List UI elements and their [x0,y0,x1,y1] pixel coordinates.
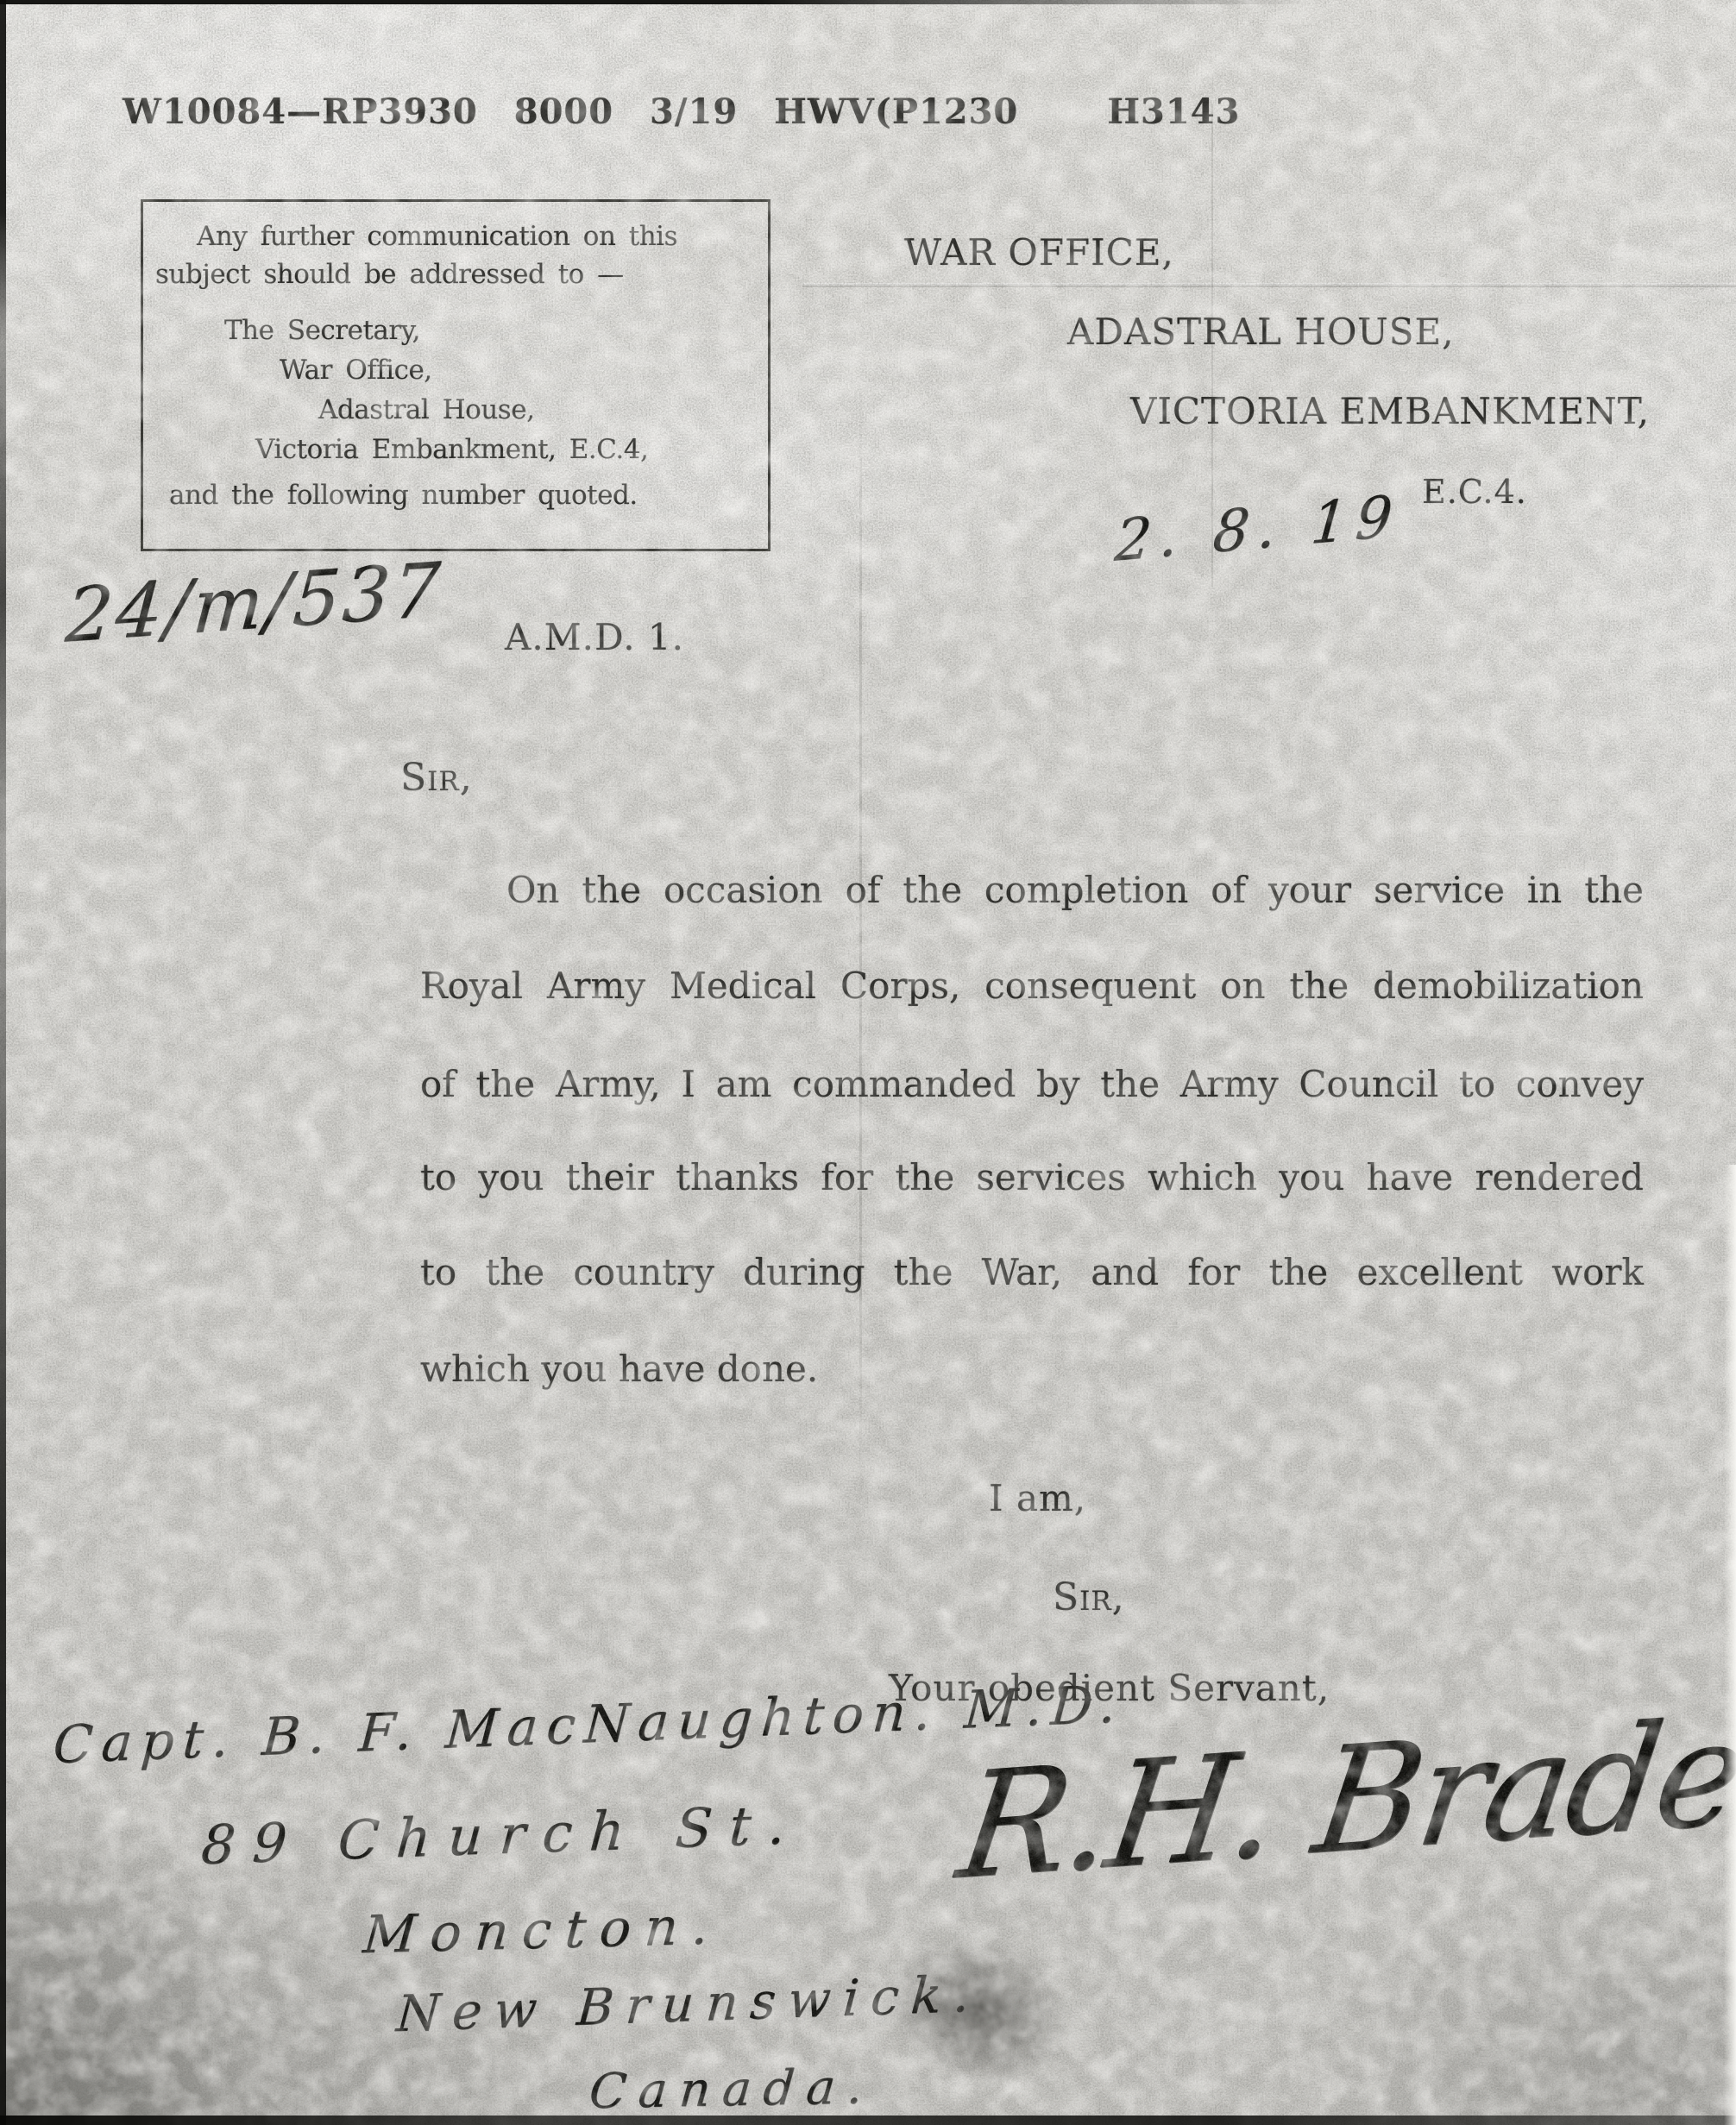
notice-box: Any further communication on this subjec… [141,199,771,551]
scan-edge-top [0,0,1311,4]
body-line-5: to the country during the War, and for t… [420,1252,1644,1293]
body-line-4: to you their thanks for the services whi… [420,1157,1644,1198]
fold-crease-horizontal [802,283,1736,287]
handwritten-date: 2. 8. 19 [1112,482,1403,575]
letterhead-war-office: WAR OFFICE, [904,231,1174,273]
letterhead-victoria-embankment: VICTORIA EMBANKMENT, [1130,390,1650,432]
scan-edge-right [1724,1165,1736,2125]
recipient-country-line: Canada. [587,2059,877,2120]
form-print-code: W10084—RP3930 8000 3/19 HWV(P1230 H3143 [123,91,1240,132]
closing-i-am: I am, [989,1477,1086,1519]
recipient-name-line: Capt. B. F. MacNaughton. M.D. [51,1674,1126,1776]
body-line-1: On the occasion of the completion of you… [506,870,1644,911]
recipient-street-line: 89 Church St. [199,1793,805,1877]
fold-crease-vertical [859,371,862,1510]
notice-addressee-adastral-house: Adastral House, [318,390,768,430]
notice-line-1: Any further communication on this [155,221,756,252]
notice-addressee-secretary: The Secretary, [224,311,768,350]
body-line-3: of the Army, I am commanded by the Army … [420,1064,1644,1105]
notice-footer: and the following number quoted. [169,480,768,511]
body-line-6: which you have done. [420,1349,818,1390]
letterhead-postal-district: E.C.4. [1422,473,1527,511]
scan-edge-left [0,0,6,2125]
closing-sir: Sir, [1053,1575,1125,1619]
handwritten-reference-number: 24/m/537 [63,547,445,660]
scan-edge-bottom [0,2116,1736,2125]
department-reference: A.M.D. 1. [505,616,684,658]
notice-addressee-war-office: War Office, [280,350,768,390]
notice-line-2: subject should be addressed to — [155,259,756,290]
letterhead-adastral-house: ADASTRAL HOUSE, [1067,311,1455,353]
recipient-province-line: New Brunswick. [394,1964,984,2043]
recipient-city-line: Moncton. [361,1896,724,1965]
letter-scan-page: W10084—RP3930 8000 3/19 HWV(P1230 H3143 … [0,0,1736,2125]
salutation: Sir, [400,756,473,800]
body-line-2: Royal Army Medical Corps, consequent on … [420,965,1644,1007]
notice-addressee-victoria-embankment: Victoria Embankment, E.C.4, [255,430,768,469]
